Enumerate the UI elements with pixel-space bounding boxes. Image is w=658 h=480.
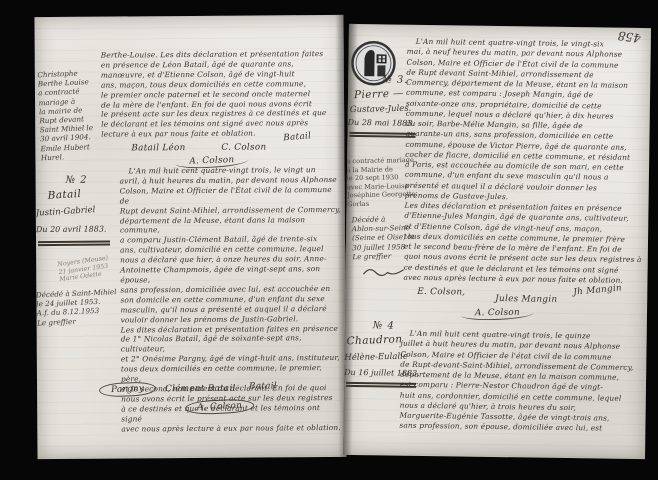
signature: Batail Léon — [131, 143, 185, 153]
margin-divider-rule — [38, 241, 110, 244]
act-given-names: Hélène-Eulalie — [344, 352, 408, 363]
act-number: № 3. — [382, 74, 408, 85]
act-surname: Batail — [47, 188, 81, 202]
act-date: Du 20 avril 1883. — [36, 225, 107, 234]
signature: C. Colson — [221, 142, 266, 152]
act-3-body-text: L'An mil huit cent quatre-vingt trois, l… — [403, 37, 644, 286]
prev-act-body-text: Berthe-Louise. Les dits déclaration et p… — [101, 49, 340, 140]
act-number: № 2 — [66, 175, 88, 186]
act-number: № 4 — [373, 320, 395, 331]
greffier-signature-flourish — [361, 264, 405, 281]
mayor-signature: A. Colson — [461, 308, 534, 321]
signature: Batail — [249, 381, 277, 391]
act-given-names: Justin-Gabriel — [36, 205, 96, 219]
margin-annotation-stamp: Noyers (Meuse) 21 janvier 1953 Marie Ode… — [57, 252, 129, 284]
signature: Clément Batail — [165, 384, 236, 394]
act-given-names: Gustave-Jules. — [350, 104, 412, 115]
signature: Jules Mangin — [495, 294, 557, 305]
signature: Jh Mangin — [573, 283, 622, 297]
death-mention-note: Décédé à Saint-Mihiel le 24 juillet 1953… — [36, 287, 119, 327]
act-4-body-text: L'An mil huit cent quatre-vingt trois, l… — [399, 329, 640, 435]
signature: Batail — [283, 131, 312, 143]
act-surname: Pierre — — [354, 87, 404, 101]
register-scan: Christophe Berthe Louise a contracté mar… — [0, 0, 658, 480]
act-surname: Chaudron — [346, 333, 402, 347]
right-page: 458 № 3. Pierre — Gustave-Jules. Du 28 m… — [343, 24, 651, 459]
left-page: Christophe Berthe Louise a contracté mar… — [34, 15, 346, 459]
signature: E. Colson, — [417, 287, 465, 298]
